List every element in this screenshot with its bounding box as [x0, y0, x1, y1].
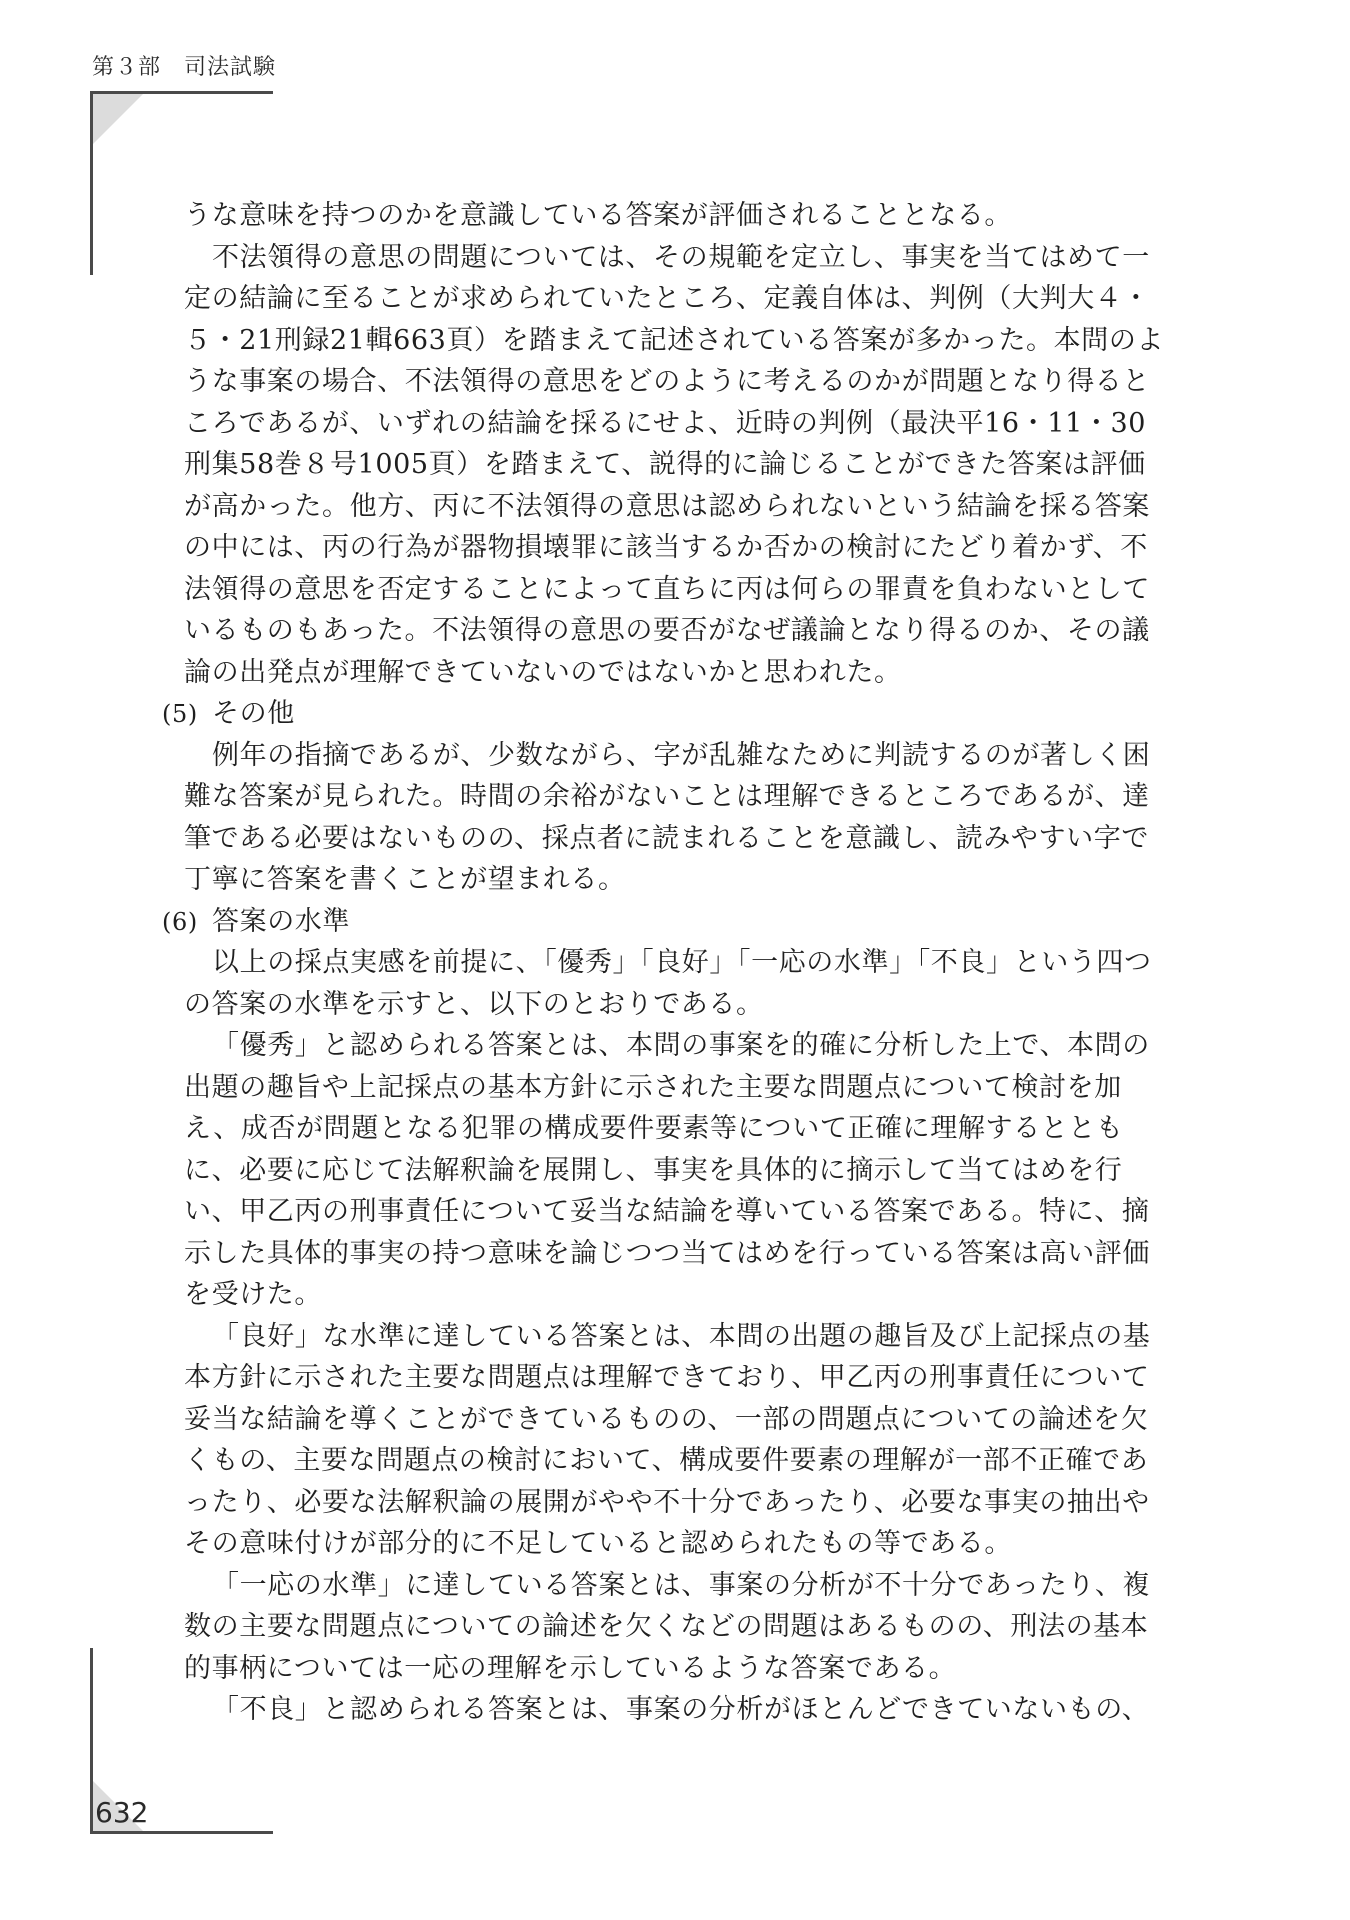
text-line: 本方針に示された主要な問題点は理解できており、甲乙丙の刑事責任について: [184, 1357, 1164, 1399]
text-line: 難な答案が見られた。時間の余裕がないことは理解できるところであるが、達: [184, 776, 1164, 818]
paragraph-start-line: 不法領得の意思の問題については、その規範を定立し、事実を当てはめて一: [184, 237, 1164, 279]
page-number: 632: [95, 1797, 148, 1829]
text-line: 的事柄については一応の理解を示しているような答案である。: [184, 1648, 1164, 1690]
text-line: 丁寧に答案を書くことが望まれる。: [184, 859, 1164, 901]
paragraph-start-line: 「良好」な水準に達している答案とは、本問の出題の趣旨及び上記採点の基: [184, 1316, 1164, 1358]
paragraph-start-line: 「優秀」と認められる答案とは、本問の事案を的確に分析した上で、本問の: [184, 1025, 1164, 1067]
section-title: その他: [212, 698, 295, 729]
text-line: が高かった。他方、丙に不法領得の意思は認められないという結論を採る答案: [184, 486, 1164, 528]
section-number: (5): [162, 694, 212, 736]
text-line: いるものもあった。不法領得の意思の要否がなぜ議論となり得るのか、その議: [184, 610, 1164, 652]
text-line: 法領得の意思を否定することによって直ちに丙は何らの罪責を負わないとして: [184, 569, 1164, 611]
text-line: その意味付けが部分的に不足していると認められたもの等である。: [184, 1523, 1164, 1565]
paragraph-start-line: 「不良」と認められる答案とは、事案の分析がほとんどできていないもの、: [184, 1689, 1164, 1731]
corner-triangle-top: [93, 94, 143, 144]
section-heading: (5)その他: [162, 693, 1164, 735]
text-line: ったり、必要な法解釈論の展開がやや不十分であったり、必要な事実の抽出や: [184, 1482, 1164, 1524]
text-line: い、甲乙丙の刑事責任について妥当な結論を導いている答案である。特に、摘: [184, 1191, 1164, 1233]
text-line: の答案の水準を示すと、以下のとおりである。: [184, 984, 1164, 1026]
text-line: え、成否が問題となる犯罪の構成要件要素等について正確に理解するととも: [184, 1108, 1164, 1150]
text-line: くもの、主要な問題点の検討において、構成要件要素の理解が一部不正確であ: [184, 1440, 1164, 1482]
text-line: 出題の趣旨や上記採点の基本方針に示された主要な問題点について検討を加: [184, 1067, 1164, 1109]
paragraph-start-line: 以上の採点実感を前提に、「優秀」「良好」「一応の水準」「不良」という四つ: [184, 942, 1164, 984]
section-title: 答案の水準: [212, 906, 350, 937]
text-line: を受けた。: [184, 1274, 1164, 1316]
text-line: ころであるが、いずれの結論を採るにせよ、近時の判例（最決平16・11・30: [184, 403, 1164, 445]
section-number: (6): [162, 902, 212, 944]
running-head: 第３部 司法試験: [92, 50, 276, 81]
section-heading: (6)答案の水準: [162, 901, 1164, 943]
paragraph-start-line: 例年の指摘であるが、少数ながら、字が乱雑なために判読するのが著しく困: [184, 735, 1164, 777]
text-line: ５・21刑録21輯663頁）を踏まえて記述されている答案が多かった。本問のよ: [184, 320, 1164, 362]
text-line: 示した具体的事実の持つ意味を論じつつ当てはめを行っている答案は高い評価: [184, 1233, 1164, 1275]
text-line: 妥当な結論を導くことができているものの、一部の問題点についての論述を欠: [184, 1399, 1164, 1441]
text-line: 筆である必要はないものの、採点者に読まれることを意識し、読みやすい字で: [184, 818, 1164, 860]
text-line: 数の主要な問題点についての論述を欠くなどの問題はあるものの、刑法の基本: [184, 1606, 1164, 1648]
paragraph-start-line: 「一応の水準」に達している答案とは、事案の分析が不十分であったり、複: [184, 1565, 1164, 1607]
text-line: 論の出発点が理解できていないのではないかと思われた。: [184, 652, 1164, 694]
text-line: に、必要に応じて法解釈論を展開し、事実を具体的に摘示して当てはめを行: [184, 1150, 1164, 1192]
text-line: うな事案の場合、不法領得の意思をどのように考えるのかが問題となり得ると: [184, 361, 1164, 403]
text-line: 刑集58巻８号1005頁）を踏まえて、説得的に論じることができた答案は評価: [184, 444, 1164, 486]
text-line: の中には、丙の行為が器物損壊罪に該当するか否かの検討にたどり着かず、不: [184, 527, 1164, 569]
text-line: 定の結論に至ることが求められていたところ、定義自体は、判例（大判大４・: [184, 278, 1164, 320]
footer-rule: [90, 1831, 273, 1834]
text-line: うな意味を持つのかを意識している答案が評価されることとなる。: [184, 195, 1164, 237]
body-text: うな意味を持つのかを意識している答案が評価されることとなる。不法領得の意思の問題…: [184, 195, 1164, 1731]
